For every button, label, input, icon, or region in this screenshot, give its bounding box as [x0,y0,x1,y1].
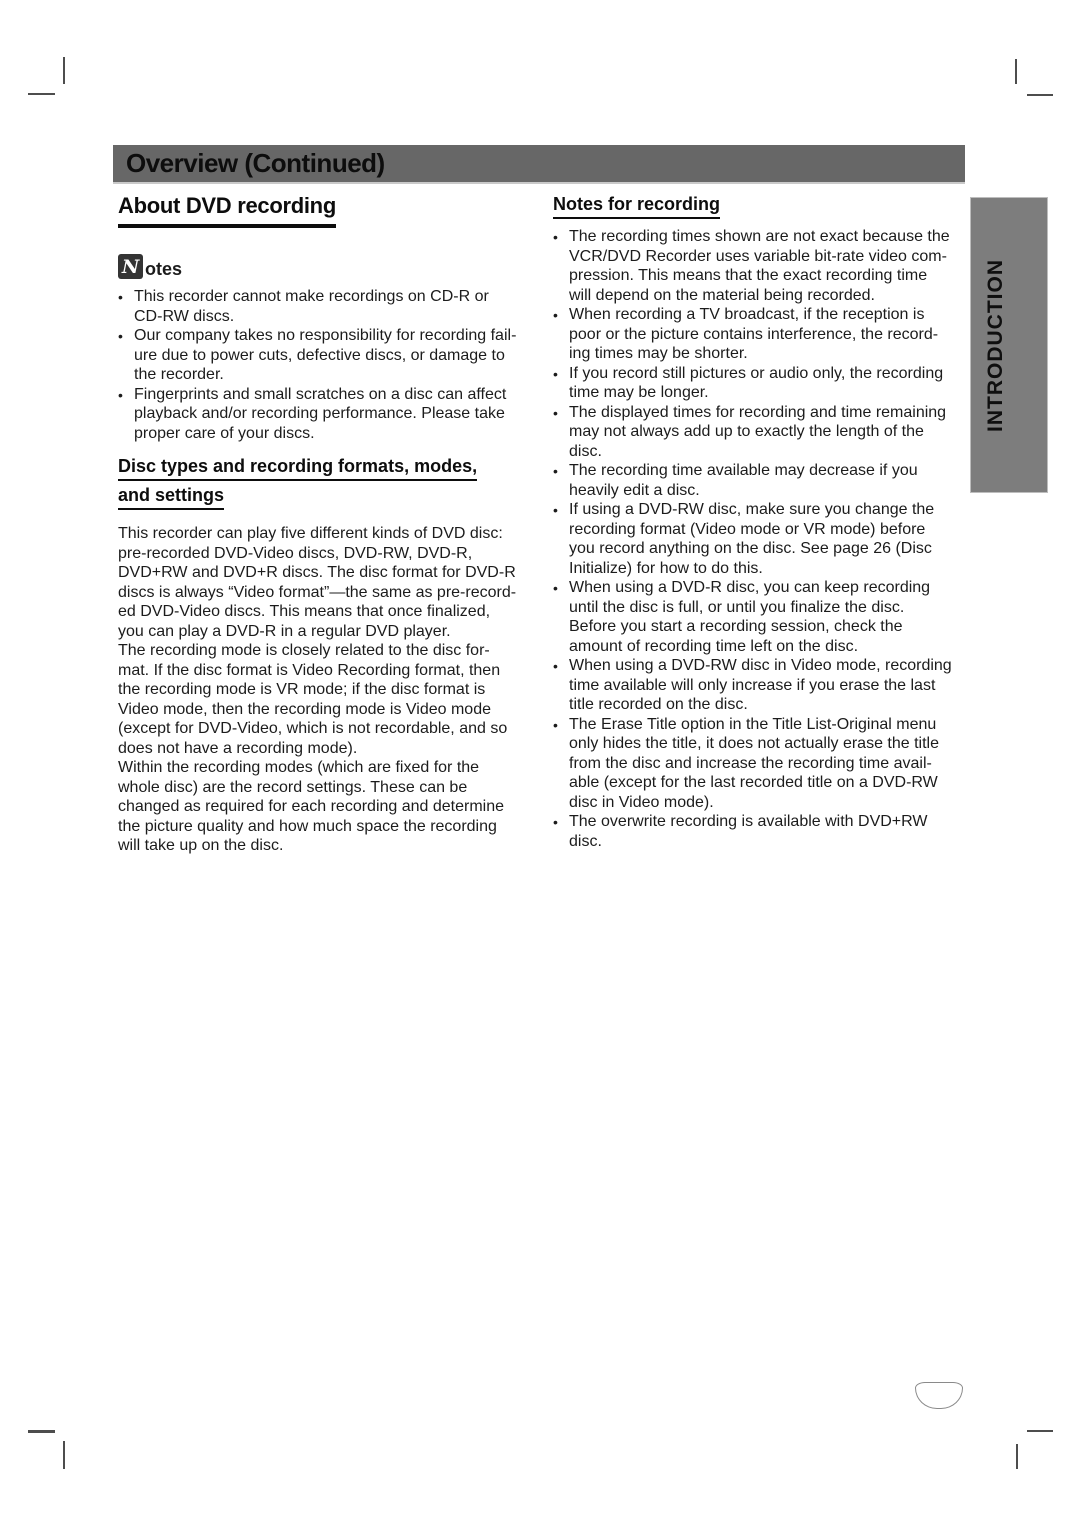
notes-list: • This recorder cannot make recordings o… [118,287,546,443]
list-item: • If using a DVD-RW disc, make sure you … [553,500,968,578]
list-item: • If you record still pictures or audio … [553,364,968,403]
crop-mark-bottom-right-v [1016,1444,1018,1469]
notes-label: N otes [118,252,546,279]
list-item: • Fingerprints and small scratches on a … [118,385,546,444]
section-heading-disc-types: Disc types and recording formats, modes,… [118,455,546,513]
bullet-dot: • [553,403,569,462]
note-text: The overwrite recording is available wit… [569,812,968,851]
list-item: • The recording time available may decre… [553,461,968,500]
list-item: • When recording a TV broadcast, if the … [553,305,968,364]
bullet-dot: • [553,812,569,851]
bullet-dot: • [553,500,569,578]
bullet-dot: • [553,656,569,715]
note-text: The recording time available may decreas… [569,461,968,500]
crop-mark-top-right-h [1027,94,1053,96]
bullet-dot: • [553,578,569,656]
note-text: When using a DVD-RW disc in Video mode, … [569,656,968,715]
disc-types-body-text: This recorder can play five different ki… [118,524,546,856]
bullet-dot: • [553,364,569,403]
crop-mark-top-left-h [28,93,55,95]
chapter-tab-introduction: INTRODUCTION [970,197,1048,493]
note-text: The displayed times for recording and ti… [569,403,968,462]
crop-mark-bottom-left-h [28,1430,55,1433]
note-text: This recorder cannot make recordings on … [134,287,546,326]
heading-line: and settings [118,484,224,510]
note-text: When recording a TV broadcast, if the re… [569,305,968,364]
chapter-tab-label: INTRODUCTION [984,259,1008,432]
bullet-dot: • [553,461,569,500]
crop-mark-bottom-right-h [1027,1430,1053,1432]
crop-mark-bottom-left-v [63,1441,65,1469]
list-item: • When using a DVD-R disc, you can keep … [553,578,968,656]
crop-mark-top-right-v [1015,59,1017,84]
heading-line: Notes for recording [553,193,720,219]
note-text: If using a DVD-RW disc, make sure you ch… [569,500,968,578]
recording-notes-list: • The recording times shown are not exac… [553,227,968,851]
bullet-dot: • [118,385,134,444]
note-text: The Erase Title option in the Title List… [569,715,968,813]
crop-mark-top-left-v [63,57,65,84]
note-text: Fingerprints and small scratches on a di… [134,385,546,444]
heading-line: Disc types and recording formats, modes, [118,455,477,481]
manual-page: Overview (Continued) About DVD recording… [0,0,1080,1528]
list-item: • The overwrite recording is available w… [553,812,968,851]
note-text: The recording times shown are not exact … [569,227,968,305]
right-column: Notes for recording • The recording time… [553,193,968,851]
list-item: • Our company takes no responsibility fo… [118,326,546,385]
section-heading-notes-for-recording: Notes for recording [553,193,968,219]
bullet-dot: • [553,305,569,364]
bullet-dot: • [553,227,569,305]
notes-label-text: otes [145,260,182,279]
list-item: • This recorder cannot make recordings o… [118,287,546,326]
thumb-notch-shape [915,1382,963,1409]
note-text: If you record still pictures or audio on… [569,364,968,403]
page-header-bar: Overview (Continued) [113,145,965,184]
bullet-dot: • [118,326,134,385]
note-text: When using a DVD-R disc, you can keep re… [569,578,968,656]
list-item: • The displayed times for recording and … [553,403,968,462]
page-header-title: Overview (Continued) [113,148,385,179]
list-item: • When using a DVD-RW disc in Video mode… [553,656,968,715]
bullet-dot: • [118,287,134,326]
notes-icon: N [118,254,143,279]
section-title-about-dvd-recording: About DVD recording [118,193,336,228]
note-text: Our company takes no responsibility for … [134,326,546,385]
list-item: • The recording times shown are not exac… [553,227,968,305]
list-item: • The Erase Title option in the Title Li… [553,715,968,813]
bullet-dot: • [553,715,569,813]
left-column: About DVD recording N otes • This record… [118,193,546,856]
